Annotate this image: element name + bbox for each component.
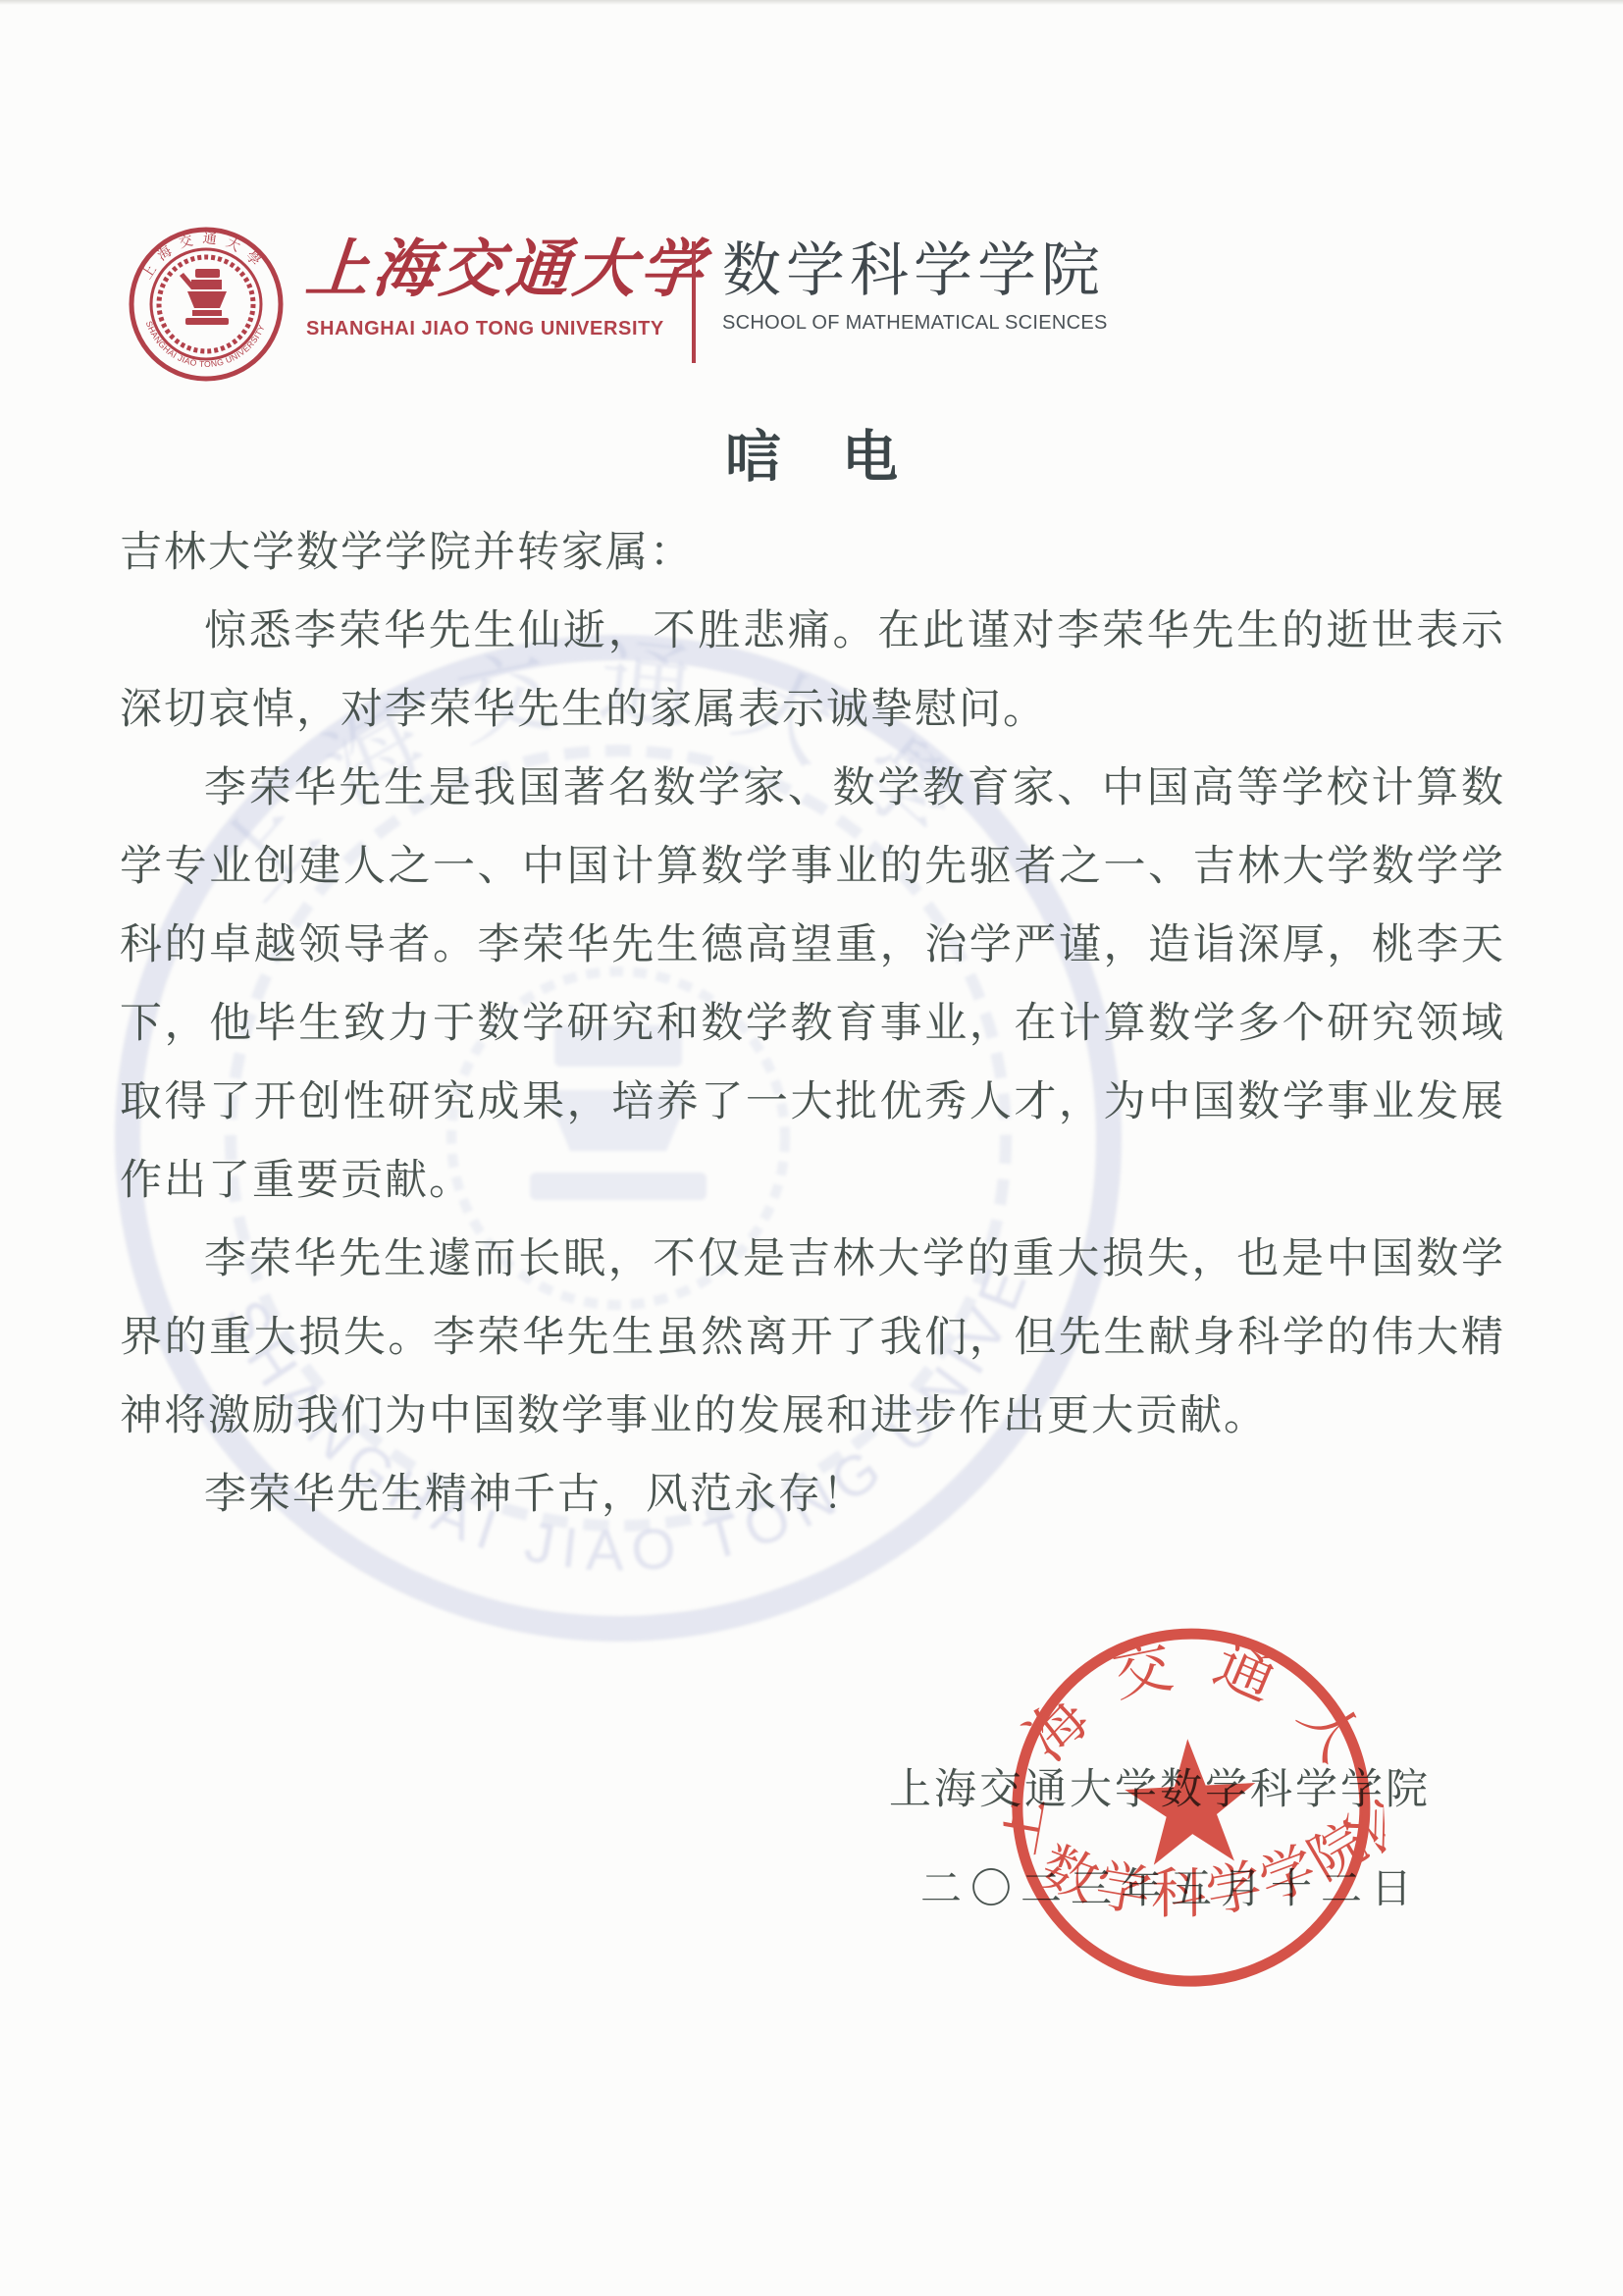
- paragraph-4: 李荣华先生精神千古，风范永存！: [120, 1456, 1505, 1535]
- paragraph-3: 李荣华先生遽而长眠，不仅是吉林大学的重大损失，也是中国数学界的重大损失。李荣华先…: [120, 1221, 1505, 1456]
- scan-artifact-edge: [0, 0, 1623, 5]
- university-name-en: SHANGHAI JIAO TONG UNIVERSITY: [306, 318, 691, 340]
- letter-page: 上海交通大學 SHANGHAI JIAO TONG UNIVERSITY 上海交…: [0, 0, 1623, 2296]
- stamp-star-icon: [1123, 1736, 1260, 1866]
- university-brand-block: 上海交通大学 SHANGHAI JIAO TONG UNIVERSITY: [306, 235, 691, 340]
- sjtu-emblem-logo: 上海交通大學 SHANGHAI JIAO TONG UNIVERSITY: [128, 226, 285, 383]
- emblem-anvil-icon: [180, 269, 229, 325]
- official-red-stamp: 上海交通大学 数学科学学院: [993, 1609, 1393, 2009]
- letter-title: 唁电: [0, 412, 1623, 493]
- school-name-en: SCHOOL OF MATHEMATICAL SCIENCES: [722, 312, 1108, 335]
- university-name-cn: 上海交通大学: [303, 235, 694, 304]
- header-divider: [692, 241, 696, 363]
- letter-body: 吉林大学数学学院并转家属： 惊悉李荣华先生仙逝，不胜悲痛。在此谨对李荣华先生的逝…: [120, 514, 1505, 1535]
- paragraph-1: 惊悉李荣华先生仙逝，不胜悲痛。在此谨对李荣华先生的逝世表示深切哀悼，对李荣华先生…: [120, 593, 1505, 750]
- salutation-line: 吉林大学数学学院并转家属：: [120, 514, 1505, 593]
- school-brand-block: 数学科学学院 SCHOOL OF MATHEMATICAL SCIENCES: [722, 239, 1108, 335]
- paragraph-2: 李荣华先生是我国著名数学家、数学教育家、中国高等学校计算数学专业创建人之一、中国…: [120, 750, 1505, 1221]
- school-name-cn: 数学科学学院: [722, 239, 1108, 302]
